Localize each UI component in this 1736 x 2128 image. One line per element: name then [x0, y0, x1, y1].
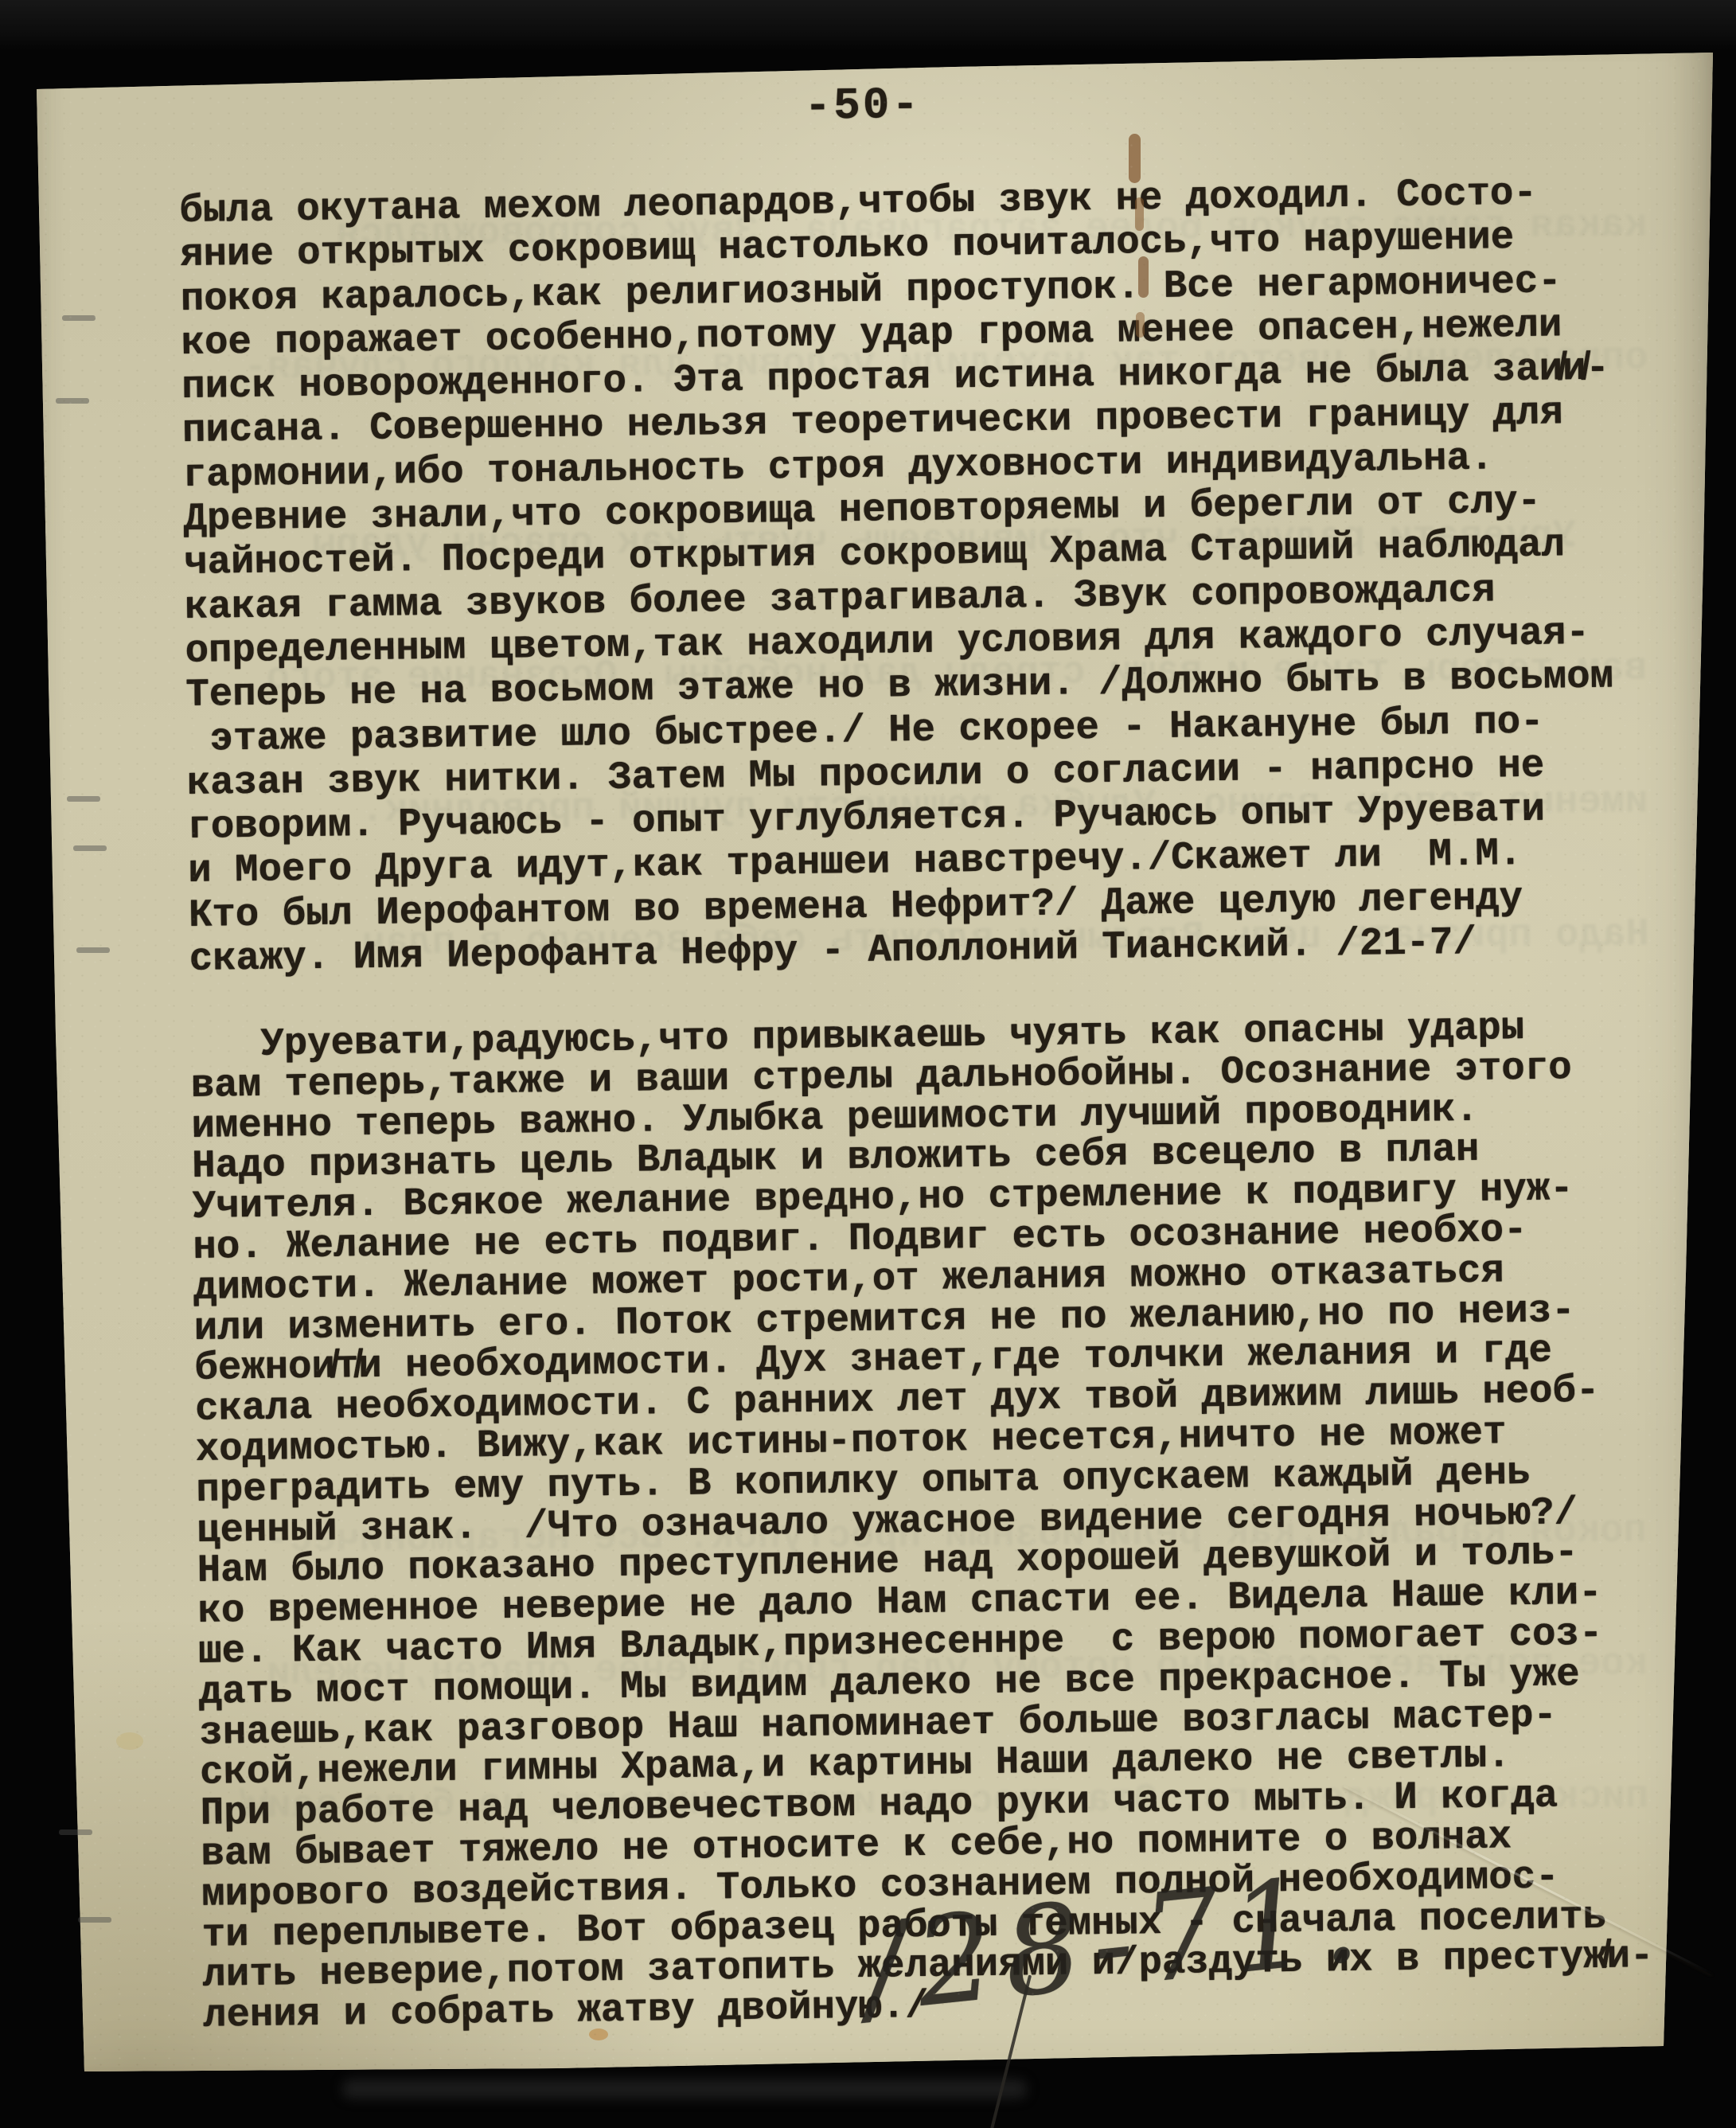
stain [1136, 312, 1145, 338]
margin-mark [59, 1829, 92, 1835]
margin-mark [78, 1917, 111, 1923]
margin-mark [76, 947, 110, 953]
stain [1138, 256, 1149, 298]
scanner-shadow-smear [342, 2079, 1027, 2099]
stain [1135, 197, 1144, 231]
margin-mark [56, 398, 89, 404]
paragraph-1: была окутана мехом леопардов,чтобы звук … [179, 170, 1718, 982]
margin-mark [62, 315, 96, 321]
scanner-background-band [0, 0, 1736, 49]
stain [1129, 134, 1141, 183]
stain [589, 2028, 608, 2040]
margin-mark [73, 845, 107, 851]
page-number: -50- [759, 79, 966, 132]
scanned-document-page: какая гамма звуков более затрагивала. Зв… [0, 0, 1736, 2128]
margin-mark [67, 796, 100, 802]
stain [116, 1732, 143, 1750]
paragraph-2: Уруевати,радуюсь,что привыкаешь чуять ка… [190, 1005, 1731, 2036]
